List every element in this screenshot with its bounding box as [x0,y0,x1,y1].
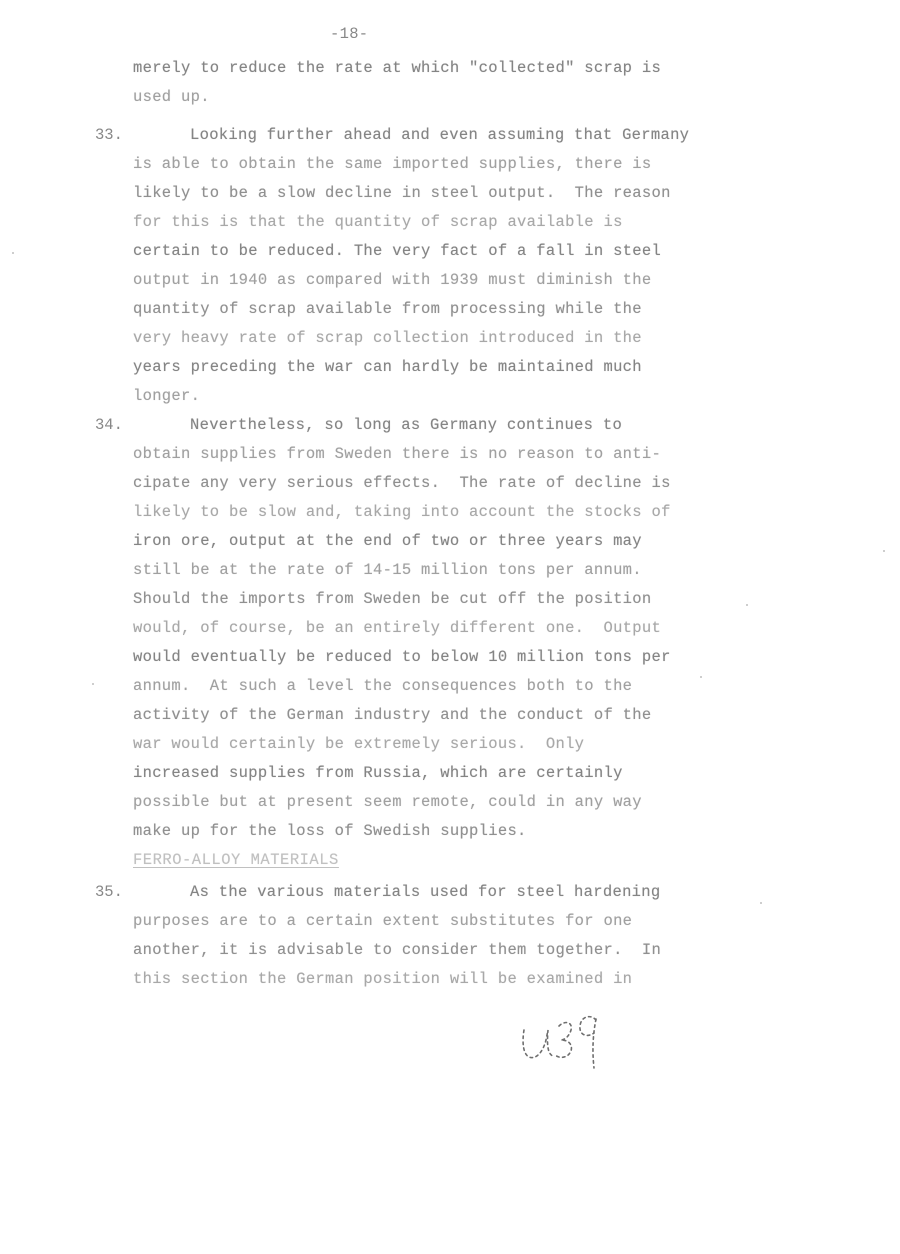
text-line: used up. [133,83,713,112]
text-line: certain to be reduced. The very fact of … [133,237,713,266]
paper-speck [12,252,14,254]
text-line: iron ore, output at the end of two or th… [133,527,713,556]
paper-speck [760,902,762,904]
paragraph: Nevertheless, so long as Germany continu… [133,411,713,846]
paragraph: merely to reduce the rate at which "coll… [133,54,713,112]
text-line: for this is that the quantity of scrap a… [133,208,713,237]
paragraph-number: 33. [95,121,123,150]
text-line: would eventually be reduced to below 10 … [133,643,713,672]
text-line: possible but at present seem remote, cou… [133,788,713,817]
text-line: annum. At such a level the consequences … [133,672,713,701]
text-line: Looking further ahead and even assuming … [133,121,713,150]
text-line: Should the imports from Sweden be cut of… [133,585,713,614]
paragraph: Looking further ahead and even assuming … [133,121,713,411]
text-line: make up for the loss of Swedish supplies… [133,817,713,846]
text-line: likely to be a slow decline in steel out… [133,179,713,208]
text-line: obtain supplies from Sweden there is no … [133,440,713,469]
paragraph: As the various materials used for steel … [133,878,713,994]
text-line: purposes are to a certain extent substit… [133,907,713,936]
text-line: increased supplies from Russia, which ar… [133,759,713,788]
text-line: merely to reduce the rate at which "coll… [133,54,713,83]
text-line: cipate any very serious effects. The rat… [133,469,713,498]
text-line: still be at the rate of 14-15 million to… [133,556,713,585]
text-line: war would certainly be extremely serious… [133,730,713,759]
paper-speck [92,683,94,685]
section-heading: FERRO-ALLOY MATERIALS [133,846,713,875]
text-line: As the various materials used for steel … [133,878,713,907]
handwritten-mark [503,1002,633,1082]
paragraph-number: 35. [95,878,123,907]
paragraph-number: 34. [95,411,123,440]
text-line: very heavy rate of scrap collection intr… [133,324,713,353]
handwriting-digit-9-tail [593,1019,596,1068]
text-line: activity of the German industry and the … [133,701,713,730]
text-line: likely to be slow and, taking into accou… [133,498,713,527]
scanned-document-page: -18- merely to reduce the rate at which … [0,0,900,1254]
section-heading-text: FERRO-ALLOY MATERIALS [133,846,713,875]
paper-speck [746,604,748,606]
text-line: this section the German position will be… [133,965,713,994]
document-body: merely to reduce the rate at which "coll… [133,54,713,994]
page-number: -18- [330,25,368,43]
text-line: years preceding the war can hardly be ma… [133,353,713,382]
paper-speck [700,676,702,678]
text-line: quantity of scrap available from process… [133,295,713,324]
text-line: longer. [133,382,713,411]
text-line: would, of course, be an entirely differe… [133,614,713,643]
handwriting-digit-3 [555,1023,571,1058]
handwriting-letter-u [523,1030,553,1058]
text-line: another, it is advisable to consider the… [133,936,713,965]
text-line: Nevertheless, so long as Germany continu… [133,411,713,440]
text-line: output in 1940 as compared with 1939 mus… [133,266,713,295]
text-line: is able to obtain the same imported supp… [133,150,713,179]
paper-speck [883,550,885,552]
